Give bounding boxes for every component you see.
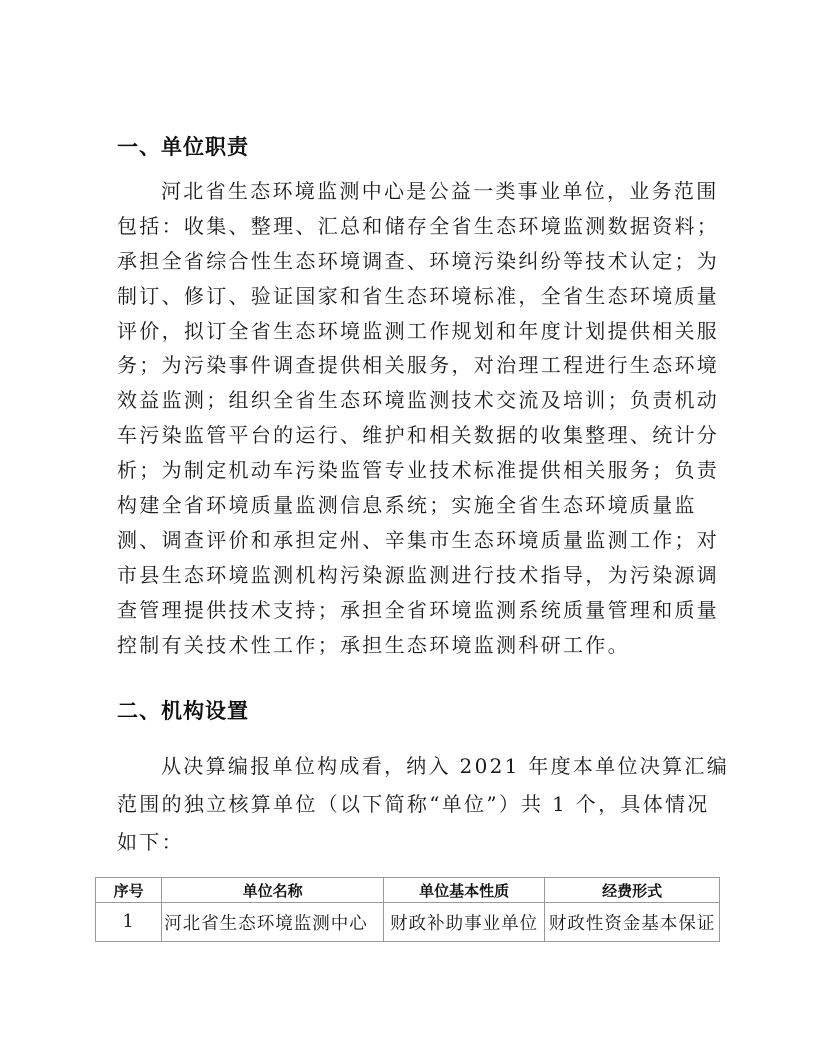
cell-index: 1 [96,903,162,942]
column-header-unit-nature: 单位基本性质 [384,878,545,903]
unit-table: 序号 单位名称 单位基本性质 经费形式 1 河北省生态环境监测中心 财政补助事业… [95,877,720,942]
section-1-heading: 一、单位职责 [117,133,249,161]
paragraph-line: 制订、修订、验证国家和省生态环境标准，全省生态环境质量 [117,279,703,314]
paragraph-line: 效益监测；组织全省生态环境监测技术交流及培训；负责机动 [117,383,703,418]
paragraph-line: 车污染监管平台的运行、维护和相关数据的收集整理、统计分 [117,418,703,453]
table-header-row: 序号 单位名称 单位基本性质 经费形式 [96,878,720,903]
paragraph-line: 测、调查评价和承担定州、辛集市生态环境质量监测工作；对 [117,523,703,558]
document-page: 一、单位职责 河北省生态环境监测中心是公益一类事业单位，业务范围 包括：收集、整… [0,0,815,1055]
section-2-paragraph: 从决算编报单位构成看，纳入 2021 年度本单位决算汇编 范围的独立核算单位（以… [117,747,703,861]
cell-unit-name: 河北省生态环境监测中心 [162,903,384,942]
paragraph-line: 析；为制定机动车污染监管专业技术标准提供相关服务；负责 [117,453,703,488]
cell-funding-form: 财政性资金基本保证 [545,903,720,942]
paragraph-line: 控制有关技术性工作；承担生态环境监测科研工作。 [117,628,703,663]
paragraph-line: 构建全省环境质量监测信息系统；实施全省生态环境质量监 [117,488,703,523]
paragraph-line: 范围的独立核算单位（以下简称“单位”）共 1 个，具体情况 [117,785,703,823]
paragraph-line: 查管理提供技术支持；承担全省环境监测系统质量管理和质量 [117,593,703,628]
section-1-paragraph: 河北省生态环境监测中心是公益一类事业单位，业务范围 包括：收集、整理、汇总和储存… [117,174,703,662]
paragraph-line: 务；为污染事件调查提供相关服务，对治理工程进行生态环境 [117,348,703,383]
section-2-heading: 二、机构设置 [117,697,249,725]
table-row: 1 河北省生态环境监测中心 财政补助事业单位 财政性资金基本保证 [96,903,720,942]
paragraph-line: 包括：收集、整理、汇总和储存全省生态环境监测数据资料； [117,209,703,244]
paragraph-line: 如下： [117,823,703,861]
paragraph-line: 河北省生态环境监测中心是公益一类事业单位，业务范围 [117,174,703,209]
column-header-funding-form: 经费形式 [545,878,720,903]
paragraph-line: 评价，拟订全省生态环境监测工作规划和年度计划提供相关服 [117,314,703,349]
cell-unit-nature: 财政补助事业单位 [384,903,545,942]
paragraph-line: 承担全省综合性生态环境调查、环境污染纠纷等技术认定；为 [117,244,703,279]
column-header-index: 序号 [96,878,162,903]
paragraph-line: 从决算编报单位构成看，纳入 2021 年度本单位决算汇编 [117,747,703,785]
column-header-unit-name: 单位名称 [162,878,384,903]
paragraph-line: 市县生态环境监测机构污染源监测进行技术指导，为污染源调 [117,558,703,593]
